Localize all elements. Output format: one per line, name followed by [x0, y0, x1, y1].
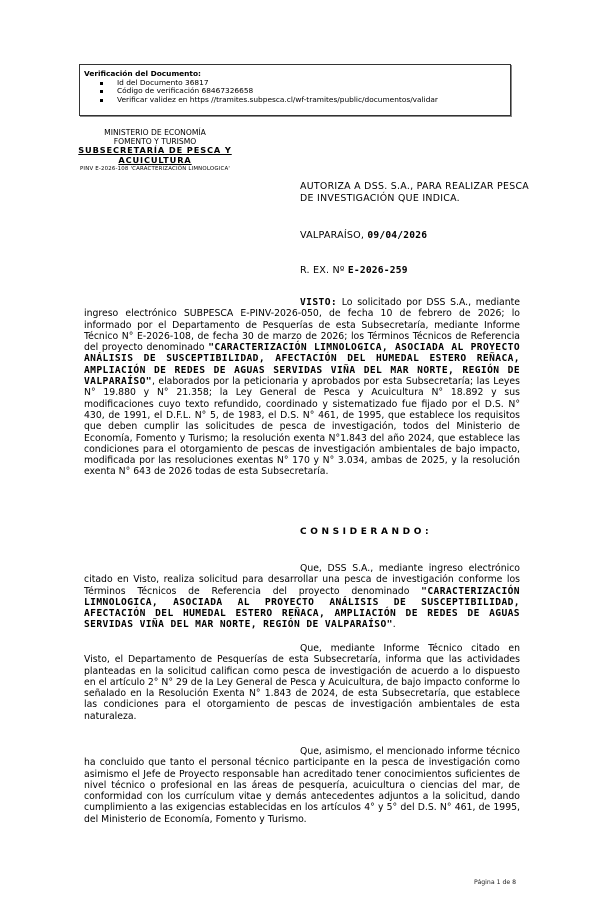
document-subject: AUTORIZA A DSS. S.A., PARA REALIZAR PESC… — [300, 181, 540, 205]
verification-list: Id del Documento 36817 Código de verific… — [84, 79, 510, 105]
resolution-code: E-2026-259 — [348, 265, 408, 276]
resolution-number: R. EX. Nº E-2026-259 — [300, 265, 408, 276]
document-date: VALPARAÍSO, 09/04/2026 — [300, 230, 427, 241]
considerando-paragraph-1: Que, DSS S.A., mediante ingreso electrón… — [84, 563, 520, 631]
visto-text-2: , elaborados por la peticionaria y aprob… — [84, 376, 520, 477]
date-place: VALPARAÍSO, — [300, 230, 364, 241]
considerando-paragraph-3: Que, asimismo, el mencionado informe téc… — [84, 746, 520, 825]
subsecretaria-name: SUBSECRETARÍA DE PESCA Y ACUICULTURA — [40, 146, 270, 164]
p3-text: Que, asimismo, el mencionado informe téc… — [84, 746, 520, 825]
resolution-prefix: R. EX. Nº — [300, 265, 345, 276]
considerando-heading: CONSIDERANDO: — [300, 527, 432, 537]
page-number: Página 1 de 8 — [474, 879, 516, 886]
ministry-line-1: MINISTERIO DE ECONOMÍA — [40, 128, 270, 137]
visto-paragraph: VISTO: Lo solicitado por DSS S.A., media… — [84, 297, 520, 478]
document-code: PINV E-2026-108 'CARACTERIZACIÓN LIMNOLO… — [40, 165, 270, 173]
considerando-paragraph-2: Que, mediante Informe Técnico citado en … — [84, 643, 520, 722]
document-page: Verificación del Documento: Id del Docum… — [0, 0, 600, 918]
verification-url[interactable]: Verificar validez en https //tramites.su… — [84, 96, 510, 105]
date-value: 09/04/2026 — [367, 230, 427, 241]
verification-box: Verificación del Documento: Id del Docum… — [79, 64, 511, 116]
visto-label: VISTO: — [300, 297, 337, 308]
letterhead: MINISTERIO DE ECONOMÍA FOMENTO Y TURISMO… — [40, 128, 270, 173]
p1-end: . — [393, 619, 396, 630]
p2-text: Que, mediante Informe Técnico citado en … — [84, 643, 520, 722]
